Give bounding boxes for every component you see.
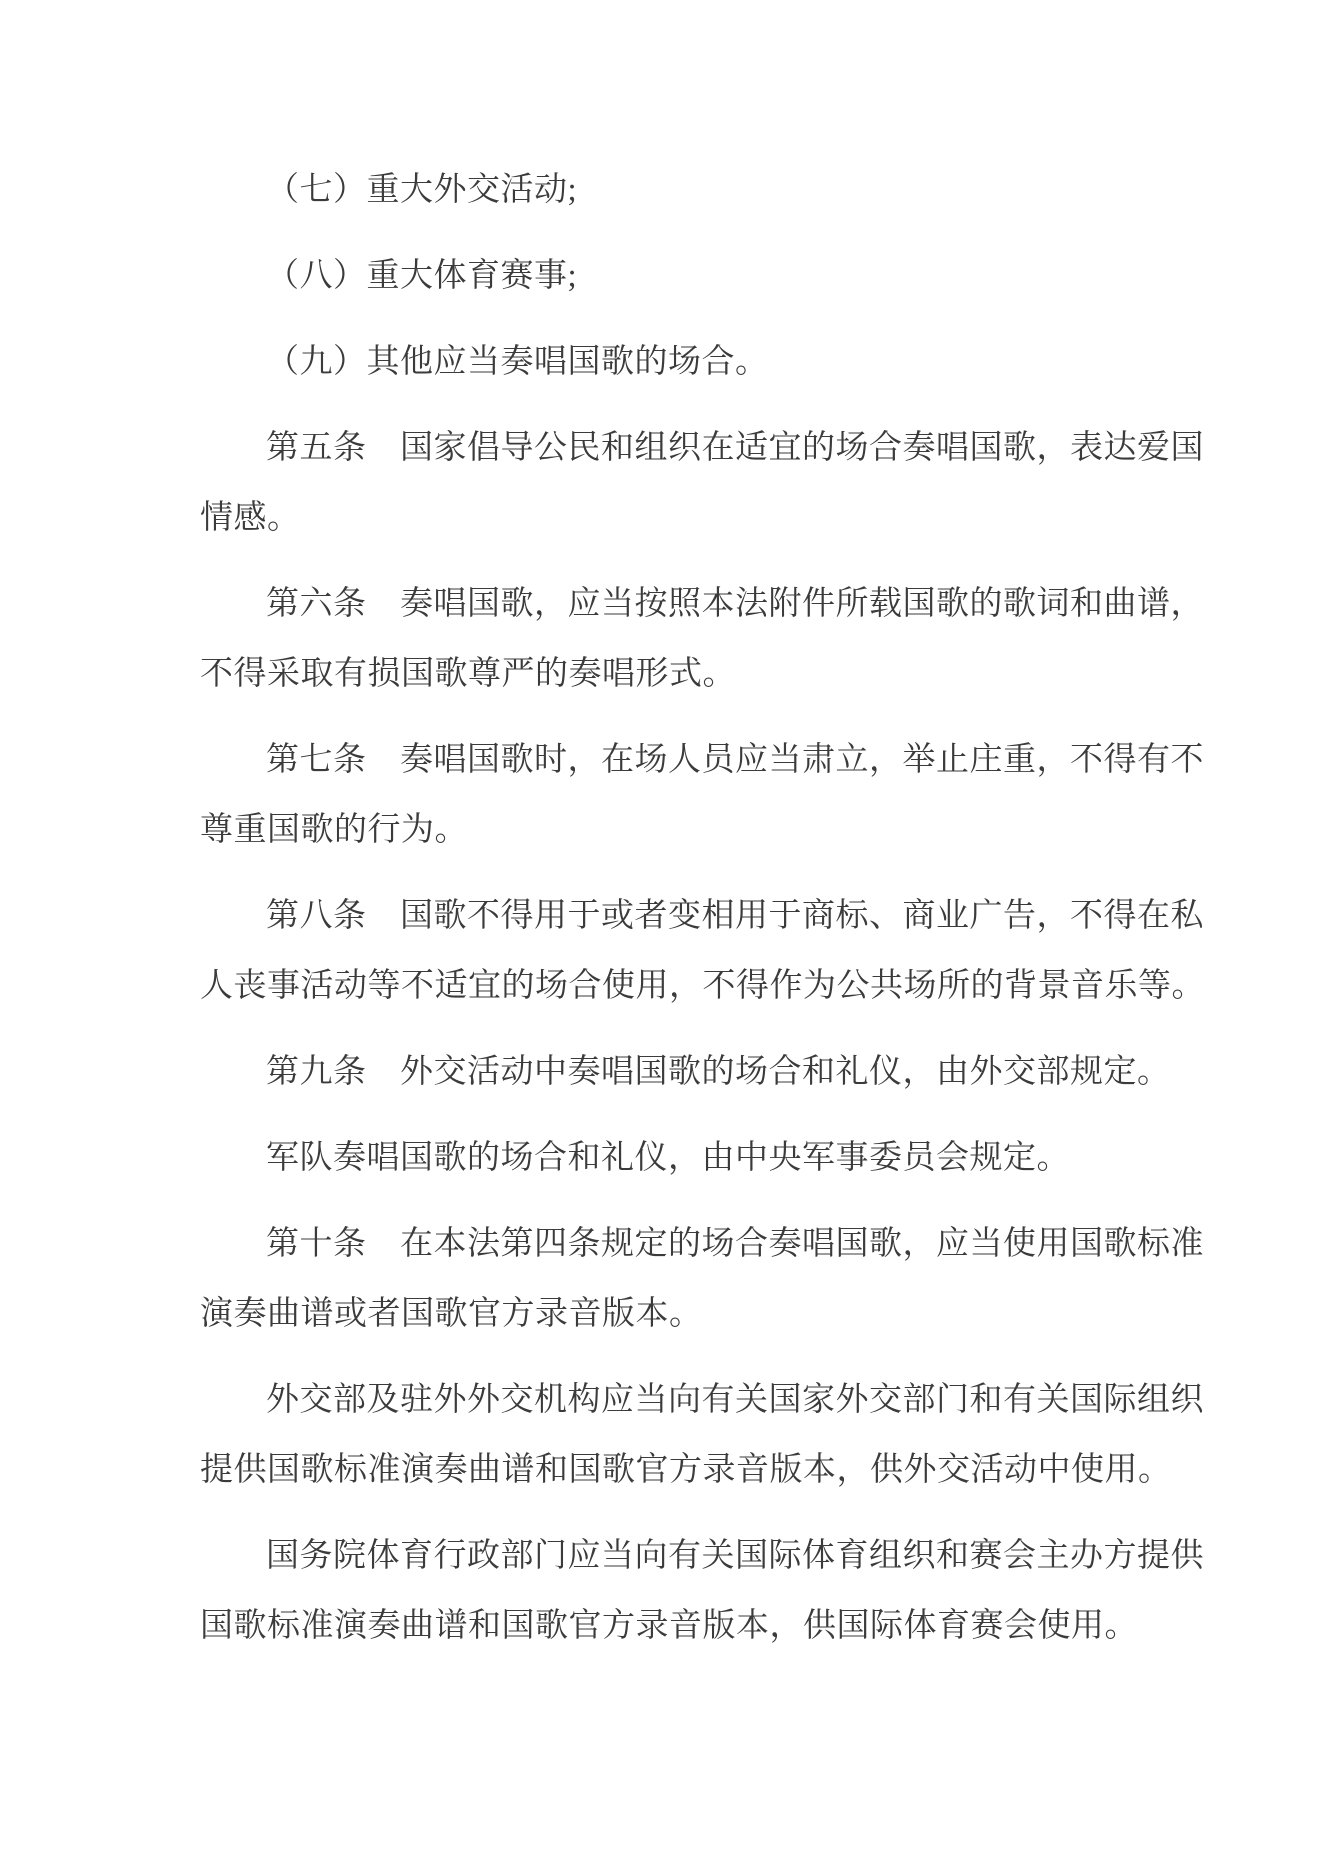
- text-line-article-10-para-2: 外交部及驻外外交机构应当向有关国家外交部门和有关国际组织: [200, 1365, 1123, 1435]
- text-line-article-10-para-2-cont: 提供国歌标准演奏曲谱和国歌官方录音版本，供外交活动中使用。: [200, 1435, 1123, 1505]
- text-line-article-9-para-2: 军队奏唱国歌的场合和礼仪，由中央军事委员会规定。: [200, 1123, 1123, 1193]
- text-line-article-9-start: 第九条 外交活动中奏唱国歌的场合和礼仪，由外交部规定。: [200, 1037, 1123, 1107]
- text-line-item-9: （九）其他应当奏唱国歌的场合。: [200, 327, 1123, 397]
- text-line-article-6-start: 第六条 奏唱国歌，应当按照本法附件所载国歌的歌词和曲谱，: [200, 569, 1123, 639]
- text-line-article-10-start: 第十条 在本法第四条规定的场合奏唱国歌，应当使用国歌标准: [200, 1209, 1123, 1279]
- document-body: （七）重大外交活动; （八）重大体育赛事; （九）其他应当奏唱国歌的场合。 第五…: [200, 155, 1123, 1661]
- text-line-item-8: （八）重大体育赛事;: [200, 241, 1123, 311]
- text-line-item-7: （七）重大外交活动;: [200, 155, 1123, 225]
- text-line-article-7-cont: 尊重国歌的行为。: [200, 795, 1123, 865]
- text-line-article-10-para-3-cont: 国歌标准演奏曲谱和国歌官方录音版本，供国际体育赛会使用。: [200, 1591, 1123, 1661]
- text-line-article-8-start: 第八条 国歌不得用于或者变相用于商标、商业广告，不得在私: [200, 881, 1123, 951]
- document-page: （七）重大外交活动; （八）重大体育赛事; （九）其他应当奏唱国歌的场合。 第五…: [0, 0, 1323, 1871]
- text-line-article-5-start: 第五条 国家倡导公民和组织在适宜的场合奏唱国歌，表达爱国: [200, 413, 1123, 483]
- text-line-article-7-start: 第七条 奏唱国歌时，在场人员应当肃立，举止庄重，不得有不: [200, 725, 1123, 795]
- text-line-article-5-cont: 情感。: [200, 483, 1123, 553]
- text-line-article-8-cont: 人丧事活动等不适宜的场合使用，不得作为公共场所的背景音乐等。: [200, 951, 1123, 1021]
- text-line-article-10-cont: 演奏曲谱或者国歌官方录音版本。: [200, 1279, 1123, 1349]
- text-line-article-10-para-3: 国务院体育行政部门应当向有关国际体育组织和赛会主办方提供: [200, 1521, 1123, 1591]
- text-line-article-6-cont: 不得采取有损国歌尊严的奏唱形式。: [200, 639, 1123, 709]
